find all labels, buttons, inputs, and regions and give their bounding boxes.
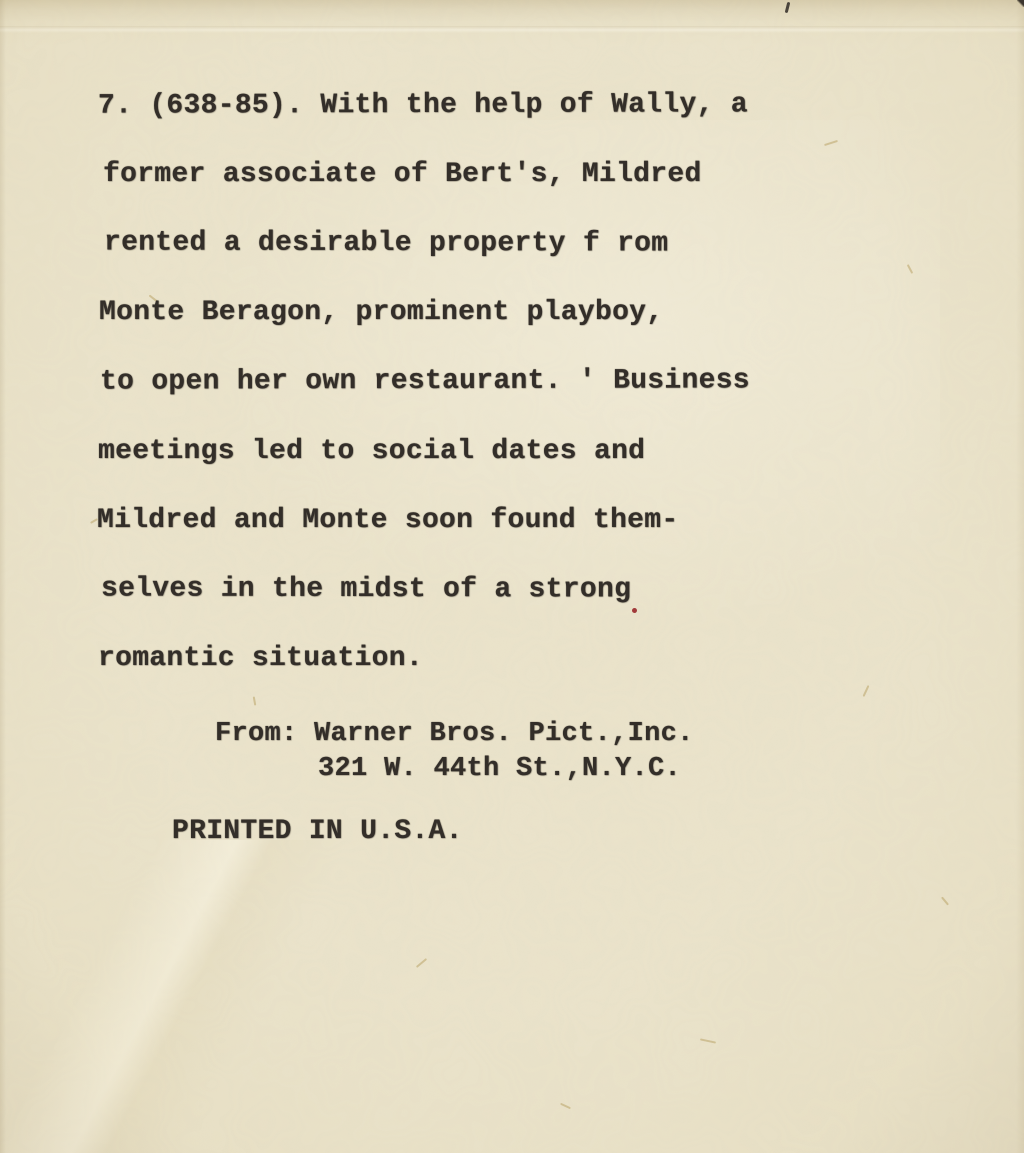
typed-line-9: romantic situation. [98, 643, 423, 675]
typed-line-1: 7. (638-85). With the help of Wally, a [98, 89, 748, 122]
printed-in-usa-line: PRINTED IN U.S.A. [172, 816, 463, 848]
caption-card-page: 7. (638-85). With the help of Wally, a f… [0, 0, 1024, 1153]
corner-ink-mark [1017, 0, 1024, 7]
typed-line-3: rented a desirable property f rom [104, 228, 668, 261]
typed-line-2: former associate of Bert's, Mildred [103, 159, 702, 191]
from-line: From: Warner Bros. Pict.,Inc. [215, 718, 694, 750]
red-ink-dot [632, 608, 637, 613]
typed-line-4: Monte Beragon, prominent playboy, [99, 297, 663, 329]
typed-line-6: meetings led to social dates and [98, 436, 645, 468]
address-line: 321 W. 44th St.,N.Y.C. [318, 753, 681, 785]
typed-line-8: selves in the midst of a strong [101, 574, 631, 607]
typed-line-5: to open her own restaurant. ' Business [100, 365, 750, 398]
typed-line-7: Mildred and Monte soon found them- [97, 505, 679, 537]
